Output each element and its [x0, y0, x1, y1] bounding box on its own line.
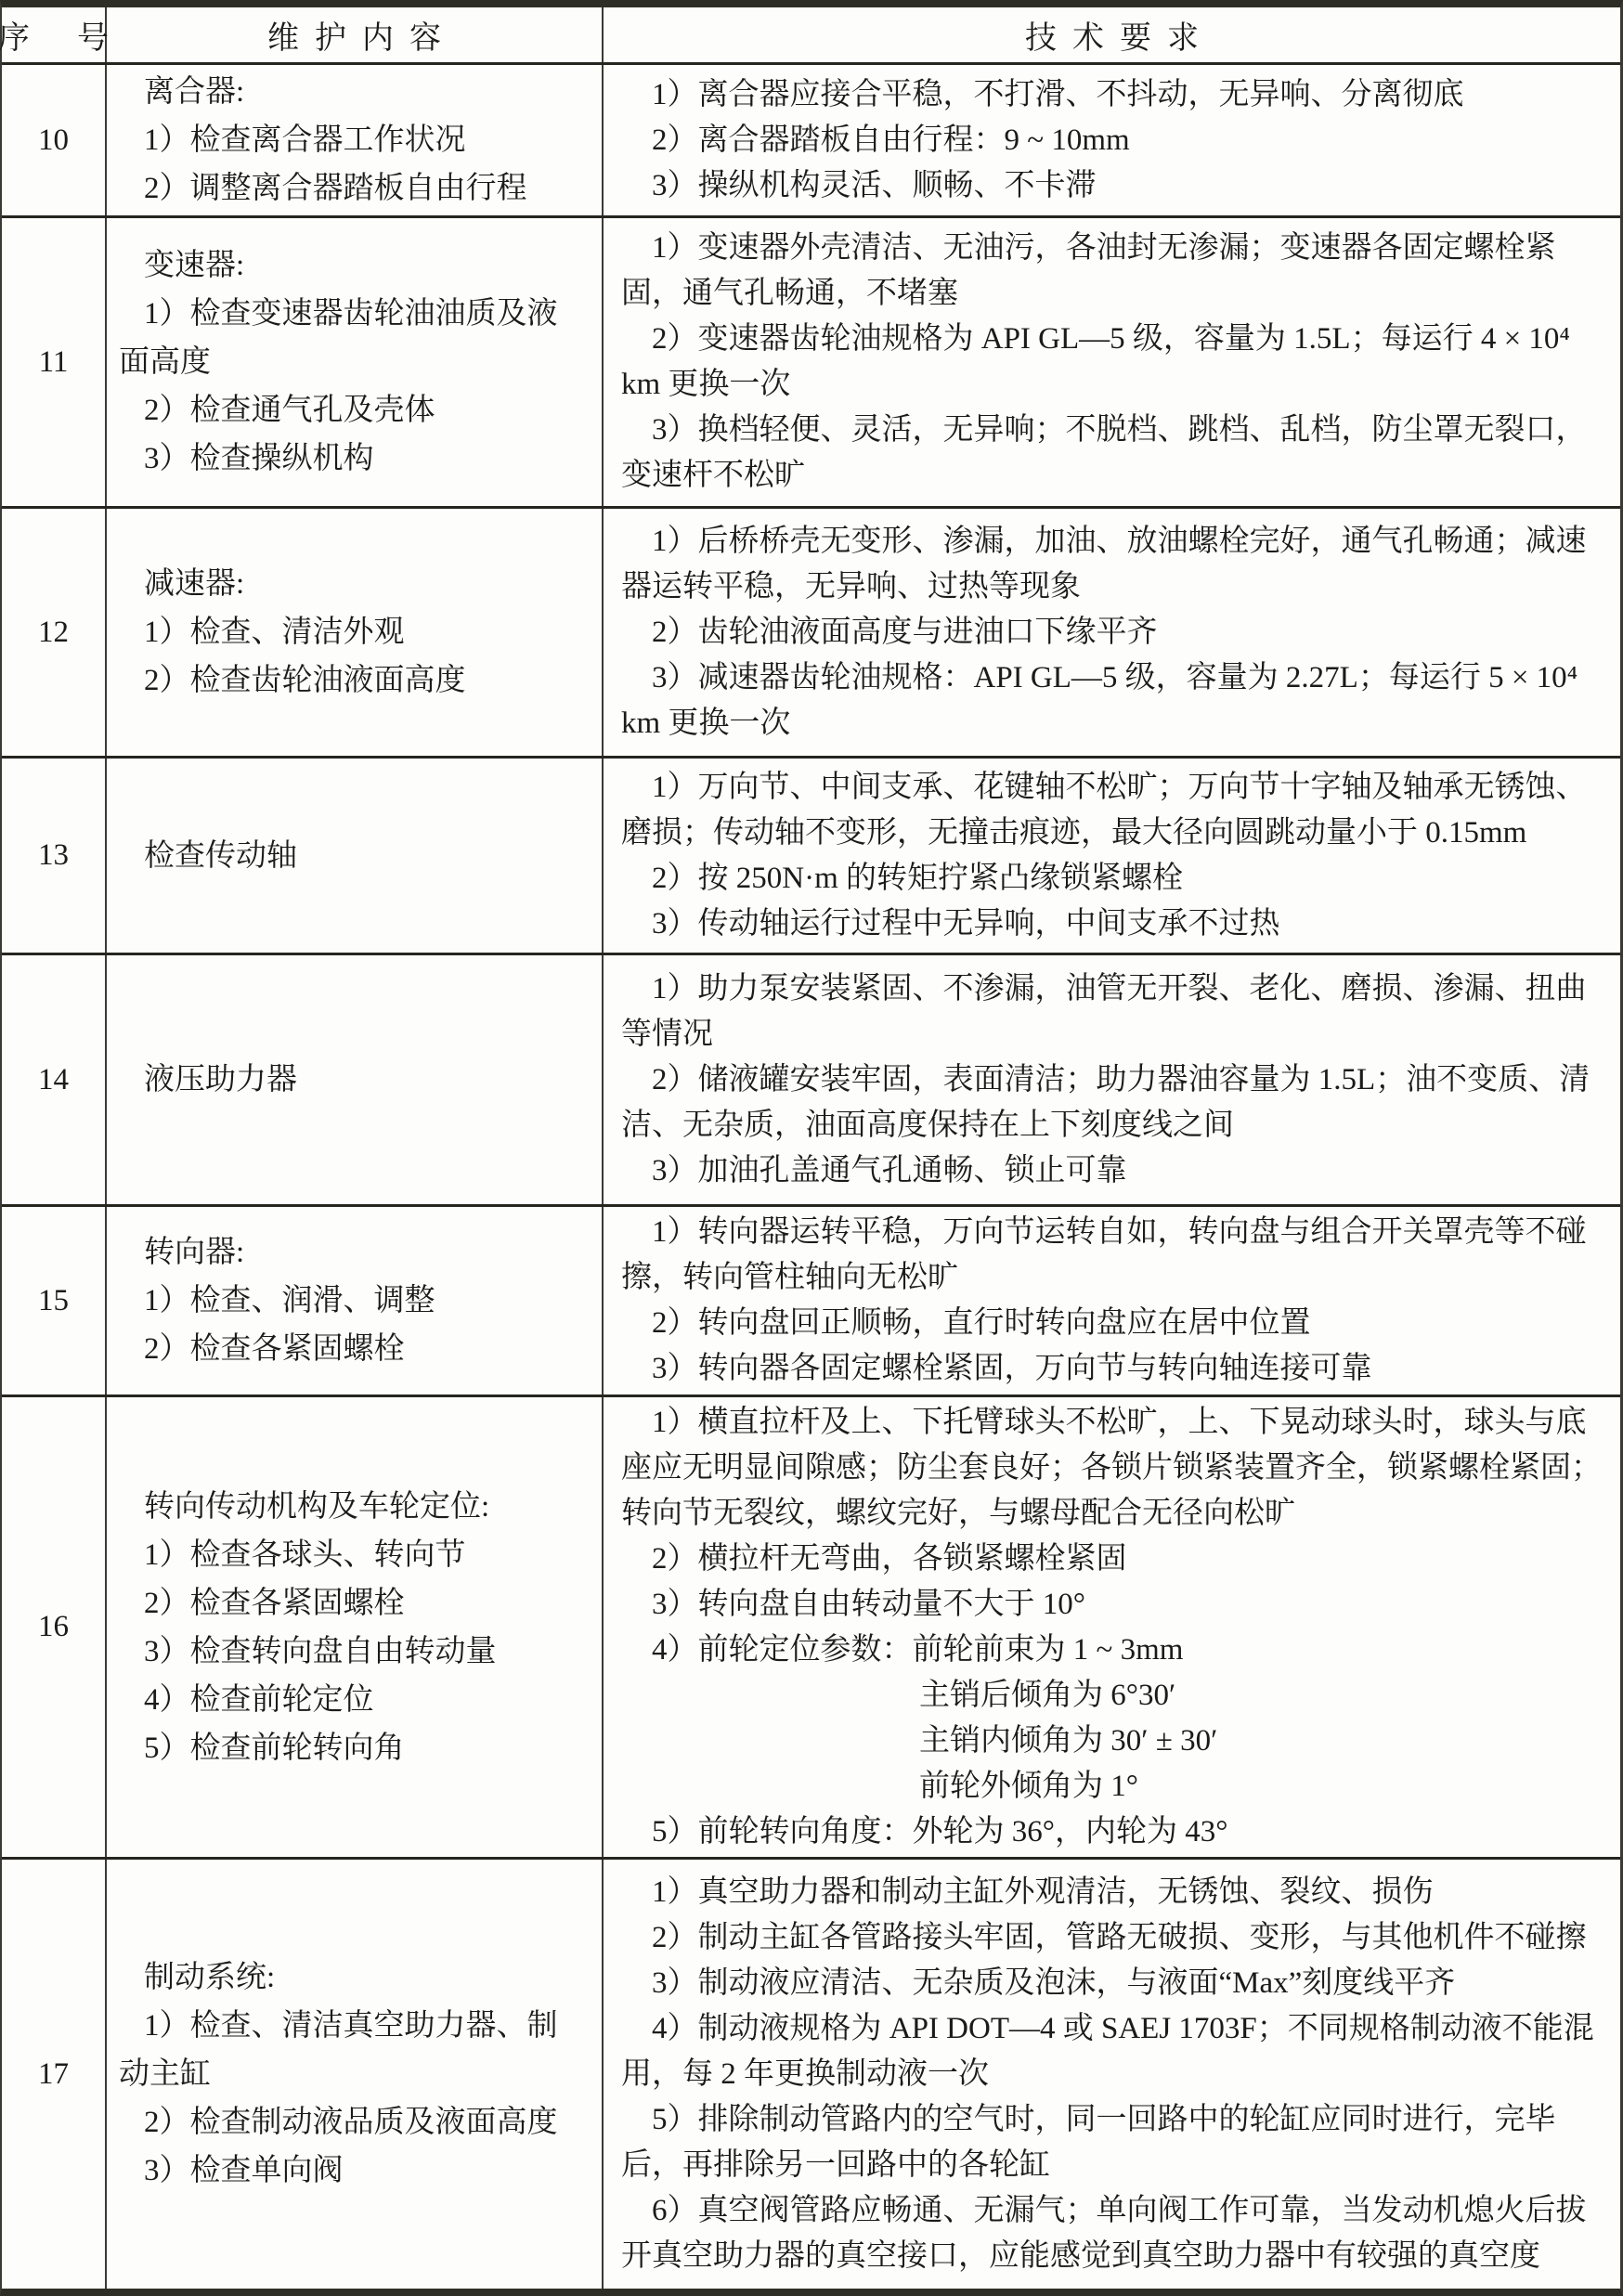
- text-line: 主销内倾角为 30′ ± 30′: [604, 1719, 1620, 1764]
- text-line: 1）转向器运转平稳，万向节运转自如，转向盘与组合开关罩壳等不碰: [604, 1210, 1620, 1255]
- maintenance-content-cell: 减速器:1）检查、清洁外观2）检查齿轮油液面高度: [107, 509, 604, 756]
- text-line: 擦，转向管柱轴向无松旷: [604, 1255, 1620, 1301]
- text-line: 器运转平稳，无异响、过热等现象: [604, 564, 1620, 610]
- maintenance-content-cell: 制动系统:1）检查、清洁真空助力器、制动主缸2）检查制动液品质及液面高度3）检查…: [107, 1860, 604, 2289]
- text-line: 5）检查前轮转向角: [107, 1724, 602, 1772]
- text-line: 6）真空阀管路应畅通、无漏气；单向阀工作可靠，当发动机熄火后拔: [604, 2188, 1620, 2234]
- table-row: 11 变速器:1）检查变速器齿轮油油质及液面高度2）检查通气孔及壳体3）检查操纵…: [2, 218, 1620, 509]
- table-row: 15 转向器:1）检查、润滑、调整2）检查各紧固螺栓 1）转向器运转平稳，万向节…: [2, 1207, 1620, 1397]
- text-line: 变速器:: [107, 241, 602, 290]
- col-header-index: 序号: [2, 7, 107, 62]
- text-line: 2）变速器齿轮油规格为 API GL—5 级，容量为 1.5L；每运行 4 × …: [604, 317, 1620, 362]
- maintenance-content-cell: 检查传动轴: [107, 759, 604, 953]
- technical-requirements-cell: 1）真空助力器和制动主缸外观清洁，无锈蚀、裂纹、损伤2）制动主缸各管路接头牢固，…: [604, 1860, 1620, 2289]
- technical-requirements-cell: 1）助力泵安装紧固、不渗漏，油管无开裂、老化、磨损、渗漏、扭曲等情况2）储液罐安…: [604, 955, 1620, 1204]
- table-row: 16 转向传动机构及车轮定位:1）检查各球头、转向节2）检查各紧固螺栓3）检查转…: [2, 1397, 1620, 1860]
- text-line: 1）离合器应接合平稳，不打滑、不抖动，无异响、分离彻底: [604, 72, 1620, 118]
- row-index-cell: 11: [2, 218, 107, 506]
- text-line: 1）检查、润滑、调整: [107, 1277, 602, 1325]
- row-number: 15: [38, 1284, 69, 1318]
- maintenance-content-cell: 液压助力器: [107, 955, 604, 1204]
- text-line: 液压助力器: [107, 1056, 602, 1104]
- table-row: 12 减速器:1）检查、清洁外观2）检查齿轮油液面高度 1）后桥桥壳无变形、渗漏…: [2, 509, 1620, 759]
- text-line: 1）横直拉杆及上、下托臂球头不松旷，上、下晃动球头时，球头与底: [604, 1400, 1620, 1446]
- col-header-content: 维护内容: [107, 7, 604, 62]
- text-line: 转向器:: [107, 1228, 602, 1277]
- text-line: 制动系统:: [107, 1953, 602, 2002]
- text-line: 1）助力泵安装紧固、不渗漏，油管无开裂、老化、磨损、渗漏、扭曲: [604, 966, 1620, 1012]
- document-page: 序号 维护内容 技术要求 10 离合器:1）检查离合器工作状况2）调整离合器踏板…: [0, 0, 1623, 2296]
- technical-requirements-cell: 1）后桥桥壳无变形、渗漏，加油、放油螺栓完好，通气孔畅通；减速器运转平稳，无异响…: [604, 509, 1620, 756]
- row-number: 17: [38, 2057, 69, 2092]
- text-line: 2）按 250N·m 的转矩拧紧凸缘锁紧螺栓: [604, 856, 1620, 902]
- row-number: 10: [38, 123, 69, 158]
- text-line: 3）检查单向阀: [107, 2147, 602, 2195]
- text-line: 1）后桥桥壳无变形、渗漏，加油、放油螺栓完好，通气孔畅通；减速: [604, 519, 1620, 564]
- text-line: 4）制动液规格为 API DOT—4 或 SAEJ 1703F；不同规格制动液不…: [604, 2006, 1620, 2052]
- text-line: 3）转向器各固定螺栓紧固，万向节与转向轴连接可靠: [604, 1346, 1620, 1392]
- row-index-cell: 16: [2, 1397, 107, 1857]
- text-line: 开真空助力器的真空接口，应能感觉到真空助力器中有较强的真空度: [604, 2234, 1620, 2279]
- text-line: 2）转向盘回正顺畅，直行时转向盘应在居中位置: [604, 1301, 1620, 1346]
- text-line: 后，再排除另一回路中的各轮缸: [604, 2143, 1620, 2188]
- text-line: 等情况: [604, 1012, 1620, 1057]
- text-line: 转向节无裂纹，螺纹完好，与螺母配合无径向松旷: [604, 1491, 1620, 1537]
- text-line: 1）变速器外壳清洁、无油污，各油封无渗漏；变速器各固定螺栓紧: [604, 226, 1620, 271]
- text-line: 主销后倾角为 6°30′: [604, 1673, 1620, 1719]
- text-line: 2）离合器踏板自由行程：9 ~ 10mm: [604, 118, 1620, 163]
- text-line: km 更换一次: [604, 701, 1620, 746]
- text-line: 2）检查制动液品质及液面高度: [107, 2098, 602, 2147]
- text-line: 1）检查、清洁外观: [107, 608, 602, 656]
- maintenance-content-cell: 变速器:1）检查变速器齿轮油油质及液面高度2）检查通气孔及壳体3）检查操纵机构: [107, 218, 604, 506]
- table-row: 14 液压助力器 1）助力泵安装紧固、不渗漏，油管无开裂、老化、磨损、渗漏、扭曲…: [2, 955, 1620, 1207]
- text-line: 2）检查各紧固螺栓: [107, 1325, 602, 1373]
- maintenance-content-cell: 离合器:1）检查离合器工作状况2）调整离合器踏板自由行程: [107, 65, 604, 215]
- table-row: 13 检查传动轴 1）万向节、中间支承、花键轴不松旷；万向节十字轴及轴承无锈蚀、…: [2, 759, 1620, 955]
- text-line: 减速器:: [107, 560, 602, 608]
- text-line: 1）检查各球头、转向节: [107, 1531, 602, 1579]
- text-line: 2）检查齿轮油液面高度: [107, 656, 602, 705]
- text-line: 3）检查转向盘自由转动量: [107, 1628, 602, 1676]
- text-line: 用，每 2 年更换制动液一次: [604, 2052, 1620, 2097]
- table-row: 10 离合器:1）检查离合器工作状况2）调整离合器踏板自由行程 1）离合器应接合…: [2, 65, 1620, 218]
- text-line: 洁、无杂质，油面高度保持在上下刻度线之间: [604, 1103, 1620, 1148]
- text-line: 1）检查变速器齿轮油油质及液: [107, 290, 602, 338]
- text-line: 2）制动主缸各管路接头牢固，管路无破损、变形，与其他机件不碰擦: [604, 1915, 1620, 1961]
- row-number: 14: [38, 1063, 69, 1097]
- text-line: 2）检查通气孔及壳体: [107, 386, 602, 435]
- text-line: 5）排除制动管路内的空气时，同一回路中的轮缸应同时进行，完毕: [604, 2097, 1620, 2143]
- text-line: 转向传动机构及车轮定位:: [107, 1483, 602, 1531]
- text-line: 磨损；传动轴不变形，无撞击痕迹，最大径向圆跳动量小于 0.15mm: [604, 811, 1620, 856]
- text-line: 固，通气孔畅通，不堵塞: [604, 271, 1620, 317]
- text-line: 变速杆不松旷: [604, 453, 1620, 499]
- row-index-cell: 12: [2, 509, 107, 756]
- table-header-row: 序号 维护内容 技术要求: [2, 7, 1620, 65]
- maintenance-content-cell: 转向传动机构及车轮定位:1）检查各球头、转向节2）检查各紧固螺栓3）检查转向盘自…: [107, 1397, 604, 1857]
- text-line: 面高度: [107, 338, 602, 386]
- text-line: 座应无明显间隙感；防尘套良好；各锁片锁紧装置齐全，锁紧螺栓紧固；: [604, 1446, 1620, 1491]
- col-header-requirements-label: 技术要求: [1025, 12, 1214, 58]
- technical-requirements-cell: 1）离合器应接合平稳，不打滑、不抖动，无异响、分离彻底2）离合器踏板自由行程：9…: [604, 65, 1620, 215]
- text-line: 2）储液罐安装牢固，表面清洁；助力器油容量为 1.5L；油不变质、清: [604, 1057, 1620, 1103]
- text-line: 检查传动轴: [107, 832, 602, 880]
- technical-requirements-cell: 1）万向节、中间支承、花键轴不松旷；万向节十字轴及轴承无锈蚀、磨损；传动轴不变形…: [604, 759, 1620, 953]
- text-line: 3）换档轻便、灵活，无异响；不脱档、跳档、乱档，防尘罩无裂口，: [604, 408, 1620, 453]
- row-number: 13: [38, 838, 69, 873]
- text-line: 3）操纵机构灵活、顺畅、不卡滞: [604, 163, 1620, 209]
- technical-requirements-cell: 1）转向器运转平稳，万向节运转自如，转向盘与组合开关罩壳等不碰擦，转向管柱轴向无…: [604, 1207, 1620, 1394]
- text-line: 3）制动液应清洁、无杂质及泡沫，与液面“Max”刻度线平齐: [604, 1961, 1620, 2006]
- col-header-requirements: 技术要求: [604, 7, 1620, 62]
- text-line: 1）万向节、中间支承、花键轴不松旷；万向节十字轴及轴承无锈蚀、: [604, 765, 1620, 811]
- row-index-cell: 14: [2, 955, 107, 1204]
- text-line: 2）检查各紧固螺栓: [107, 1579, 602, 1628]
- row-index-cell: 13: [2, 759, 107, 953]
- row-index-cell: 17: [2, 1860, 107, 2289]
- text-line: km 更换一次: [604, 362, 1620, 408]
- text-line: 2）齿轮油液面高度与进油口下缘平齐: [604, 610, 1620, 655]
- text-line: 3）传动轴运行过程中无异响，中间支承不过热: [604, 902, 1620, 947]
- text-line: 1）检查离合器工作状况: [107, 116, 602, 164]
- text-line: 3）加油孔盖通气孔通畅、锁止可靠: [604, 1148, 1620, 1194]
- text-line: 3）检查操纵机构: [107, 435, 602, 483]
- text-line: 5）前轮转向角度：外轮为 36°，内轮为 43°: [604, 1810, 1620, 1855]
- text-line: 1）真空助力器和制动主缸外观清洁，无锈蚀、裂纹、损伤: [604, 1870, 1620, 1915]
- text-line: 3）转向盘自由转动量不大于 10°: [604, 1582, 1620, 1628]
- technical-requirements-cell: 1）横直拉杆及上、下托臂球头不松旷，上、下晃动球头时，球头与底座应无明显间隙感；…: [604, 1397, 1620, 1857]
- text-line: 1）检查、清洁真空助力器、制: [107, 2002, 602, 2050]
- technical-requirements-cell: 1）变速器外壳清洁、无油污，各油封无渗漏；变速器各固定螺栓紧固，通气孔畅通，不堵…: [604, 218, 1620, 506]
- text-line: 4）检查前轮定位: [107, 1676, 602, 1724]
- text-line: 3）减速器齿轮油规格：API GL—5 级，容量为 2.27L；每运行 5 × …: [604, 655, 1620, 701]
- maintenance-table: 序号 维护内容 技术要求 10 离合器:1）检查离合器工作状况2）调整离合器踏板…: [0, 0, 1623, 2296]
- text-line: 前轮外倾角为 1°: [604, 1764, 1620, 1810]
- text-line: 4）前轮定位参数：前轮前束为 1 ~ 3mm: [604, 1628, 1620, 1673]
- col-header-content-label: 维护内容: [267, 12, 457, 58]
- row-index-cell: 10: [2, 65, 107, 215]
- row-number: 16: [38, 1610, 69, 1644]
- table-row: 17 制动系统:1）检查、清洁真空助力器、制动主缸2）检查制动液品质及液面高度3…: [2, 1860, 1620, 2289]
- maintenance-content-cell: 转向器:1）检查、润滑、调整2）检查各紧固螺栓: [107, 1207, 604, 1394]
- row-index-cell: 15: [2, 1207, 107, 1394]
- text-line: 动主缸: [107, 2050, 602, 2098]
- text-line: 离合器:: [107, 68, 602, 116]
- text-line: 2）横拉杆无弯曲，各锁紧螺栓紧固: [604, 1537, 1620, 1582]
- text-line: 2）调整离合器踏板自由行程: [107, 164, 602, 213]
- row-number: 11: [39, 345, 69, 380]
- row-number: 12: [38, 616, 69, 650]
